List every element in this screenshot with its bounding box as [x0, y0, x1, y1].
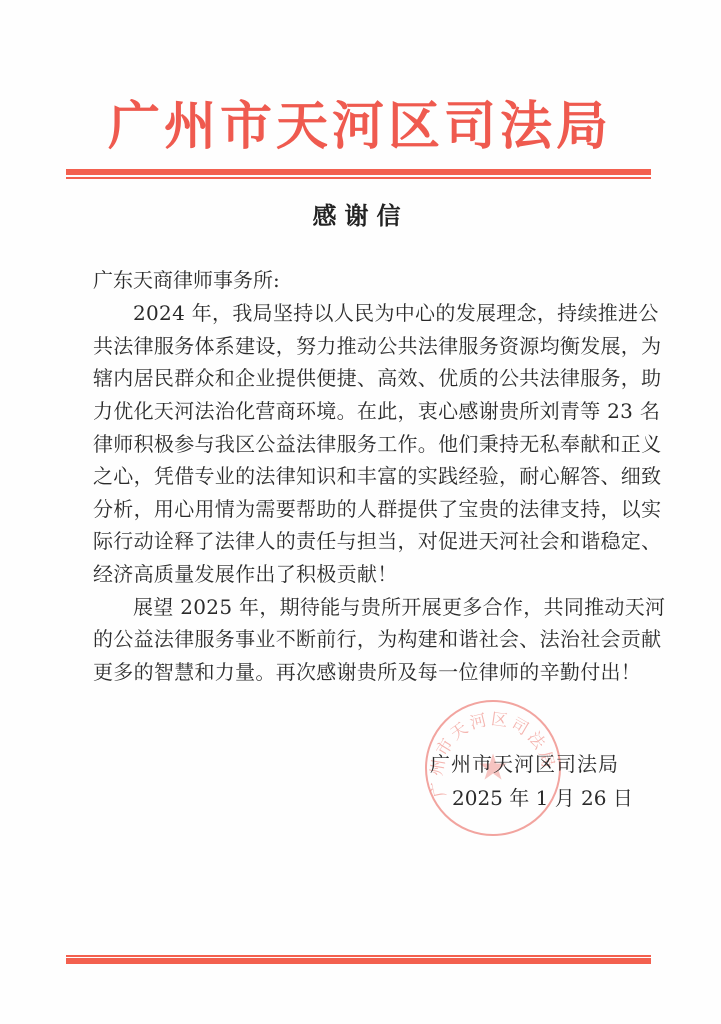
body-line: 经济高质量发展作出了积极贡献！ [93, 558, 638, 587]
body-line: 之心，凭借专业的法律知识和丰富的实践经验，耐心解答、细致 [93, 460, 638, 489]
body-line: 更多的智慧和力量。再次感谢贵所及每一位律师的辛勤付出！ [93, 656, 638, 685]
body-line: 分析，用心用情为需要帮助的人群提供了宝贵的法律支持，以实 [93, 493, 638, 522]
letterhead-rule-thick [66, 169, 651, 175]
body-line: 展望 2025 年，期待能与贵所开展更多合作，共同推动天河 [133, 591, 638, 620]
body-line: 共法律服务体系建设，努力推动公共法律服务资源均衡发展，为 [93, 330, 638, 359]
body-line: 2024 年，我局坚持以人民为中心的发展理念，持续推进公 [133, 297, 638, 326]
body-line: 力优化天河法治化营商环境。在此，衷心感谢贵所刘青等 23 名 [93, 395, 638, 424]
body-line: 律师积极参与我区公益法律服务工作。他们秉持无私奉献和正义 [93, 428, 638, 457]
footer-rule-thick [66, 958, 651, 964]
body-line: 的公益法律服务事业不断前行，为构建和谐社会、法治社会贡献 [93, 623, 638, 652]
salutation: 广东天商律师事务所: [93, 264, 280, 293]
letter-title: 感谢信 [0, 196, 721, 231]
letterhead-rule-thin [66, 177, 651, 179]
letterhead-org-name: 广州市天河区司法局 [60, 96, 660, 158]
signature-date: 2025 年 1 月 26 日 [452, 782, 633, 811]
body-line: 辖内居民群众和企业提供便捷、高效、优质的公共法律服务，助 [93, 362, 638, 391]
footer-rule-thin [66, 955, 651, 957]
signature-org: 广州市天河区司法局 [430, 748, 619, 777]
body-line: 际行动诠释了法律人的责任与担当，对促进天河社会和谐稳定、 [93, 525, 638, 554]
letter-page: 广州市天河区司法局 感谢信 广东天商律师事务所: 2024 年，我局坚持以人民为… [0, 0, 721, 1024]
